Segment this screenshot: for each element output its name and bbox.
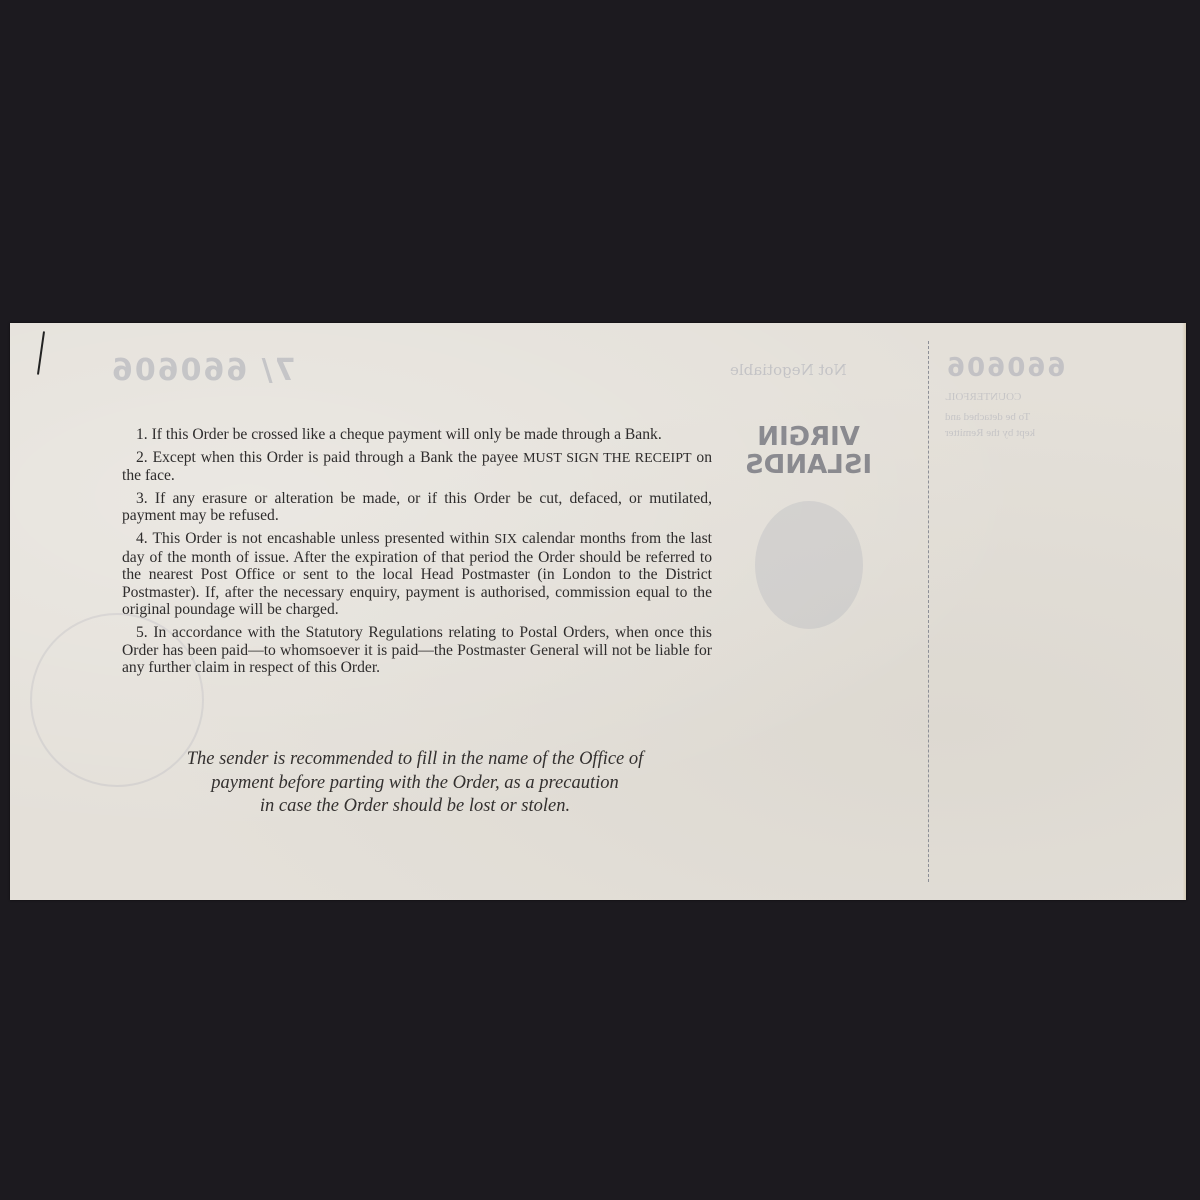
- term-1: 1. If this Order be crossed like a chequ…: [122, 426, 712, 444]
- term-5: 5. In accordance with the Statutory Regu…: [122, 624, 712, 677]
- term-4: 4. This Order is not encashable unless p…: [122, 530, 712, 619]
- term-number: 3.: [136, 490, 148, 507]
- term-2: 2. Except when this Order is paid throug…: [122, 449, 712, 485]
- term-number: 5.: [136, 624, 148, 641]
- note-line: in case the Order should be lost or stol…: [110, 795, 720, 819]
- show-through-stub-serial: 660606: [945, 353, 1066, 383]
- show-through-portrait: [755, 501, 863, 629]
- country-line-1: VIRGIN: [745, 423, 872, 451]
- show-through-not-negotiable: Not Negotiable: [730, 361, 847, 379]
- show-through-stub-line: COUNTERFOIL: [945, 391, 1021, 403]
- term-text: In accordance with the Statutory Regulat…: [122, 624, 712, 676]
- show-through-stub-line: kept by the Remitter: [945, 427, 1035, 439]
- sender-recommendation-note: The sender is recommended to fill in the…: [110, 748, 720, 819]
- postal-order-reverse: 7/ 660606 660606 Not Negotiable VIRGIN I…: [10, 323, 1186, 900]
- paper-edge: [1182, 323, 1186, 900]
- pencil-mark: [37, 331, 45, 375]
- term-3: 3. If any erasure or alteration be made,…: [122, 490, 712, 525]
- term-text: If any erasure or alteration be made, or…: [122, 490, 712, 525]
- country-line-2: ISLANDS: [745, 451, 872, 479]
- show-through-country: VIRGIN ISLANDS: [745, 423, 872, 479]
- term-emphasis: MUST SIGN THE RECEIPT: [523, 451, 691, 466]
- term-number: 1.: [136, 426, 148, 443]
- note-line: The sender is recommended to fill in the…: [110, 748, 720, 772]
- terms-and-conditions: 1. If this Order be crossed like a chequ…: [122, 426, 712, 682]
- show-through-stub-line: To be detached and: [945, 411, 1030, 423]
- counterfoil-perforation: [928, 341, 929, 882]
- term-number: 2.: [136, 449, 148, 466]
- note-line: payment before parting with the Order, a…: [110, 772, 720, 796]
- term-number: 4.: [136, 530, 148, 547]
- show-through-serial-number: 7/ 660606: [110, 353, 296, 388]
- term-text: Except when this Order is paid through a…: [153, 449, 519, 466]
- term-text: If this Order be crossed like a cheque p…: [152, 426, 662, 443]
- term-emphasis: SIX: [494, 532, 517, 547]
- term-text: This Order is not encashable unless pres…: [152, 530, 489, 547]
